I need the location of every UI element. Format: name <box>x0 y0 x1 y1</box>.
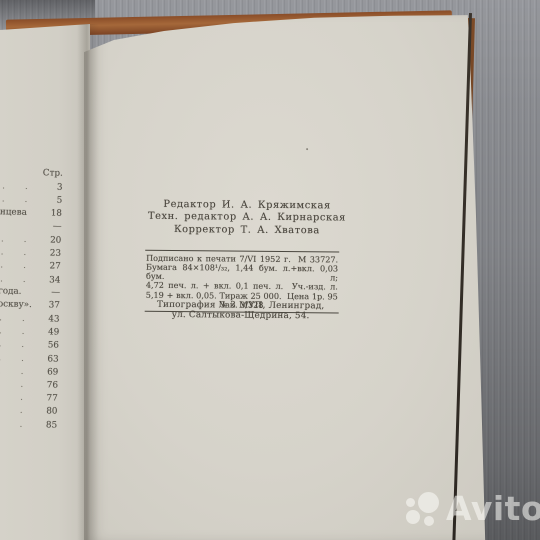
dot-leader: . . <box>0 338 33 352</box>
page-number: 56 <box>39 340 61 354</box>
dot-leader: . . <box>0 351 33 365</box>
toc-row: . . 76 <box>0 377 60 392</box>
page-number: 18 <box>42 207 64 221</box>
page-number: 85 <box>37 419 59 433</box>
page-number: 23 <box>41 247 63 261</box>
page-number: 49 <box>39 326 61 340</box>
avito-wordmark: Avito <box>446 491 540 527</box>
colophon-content: Редактор И. А. Кряжимская Техн. редактор… <box>82 10 491 540</box>
editors-block: Редактор И. А. Кряжимская Техн. редактор… <box>94 198 399 238</box>
dot-leader: . . <box>0 325 33 339</box>
paper-speck <box>306 148 308 150</box>
toc-row: . . 80 <box>0 404 60 419</box>
page-number: 27 <box>41 261 63 275</box>
toc-row: нцева 18 <box>0 206 64 221</box>
toc-entry-fragment: оскву». <box>0 298 32 312</box>
toc-row: . . 85 <box>0 417 59 432</box>
toc-entry-fragment: нцева <box>0 206 27 220</box>
toc-row: . . 63 <box>0 351 61 366</box>
toc-row: . . 43 <box>0 311 62 326</box>
toc-row: . . 49 <box>0 325 61 340</box>
printing-house-block: Типография № 3 МУП, Ленинград, ул. Салты… <box>96 300 386 322</box>
toc-row: года. — <box>0 285 62 300</box>
page-number: 20 <box>41 234 63 248</box>
dot-leader: . . <box>1 232 35 246</box>
dot-leader: . . <box>0 377 32 391</box>
toc-row: . . 77 <box>0 390 60 405</box>
book-gutter-shadow <box>77 24 99 540</box>
toc-entry-fragment: года. <box>0 285 22 299</box>
dot-leader: . . <box>0 311 34 325</box>
page-number: 37 <box>40 299 62 313</box>
page-number: 76 <box>38 379 60 393</box>
page-number: 3 <box>42 181 64 195</box>
printing-house-address: ул. Салтыкова-Щедрина, 54. <box>96 310 386 322</box>
dot-leader: . . <box>1 245 35 259</box>
dot-leader: . . <box>0 259 34 273</box>
dot-leader: . . <box>0 390 32 404</box>
page-number: 77 <box>38 392 60 406</box>
page-number: 69 <box>38 366 60 380</box>
dot-leader: . . <box>2 180 36 194</box>
proofreader-line: Корректор Т. А. Хватова <box>94 223 399 238</box>
photo-of-open-book: Стр. . . 3 . . 5 нцева 18 — . . 20 <box>0 0 540 540</box>
dot-leader: . . <box>0 272 34 286</box>
toc-row: . . 56 <box>0 338 61 353</box>
page-number: 43 <box>39 313 61 327</box>
toc-row: оскву». 37 <box>0 298 62 313</box>
dot-leader: . . <box>0 404 32 418</box>
right-page: Редактор И. А. Кряжимская Техн. редактор… <box>84 12 488 540</box>
page-number: 80 <box>37 406 59 420</box>
page-number: Стр. <box>43 167 65 181</box>
toc-page-numbers-column: Стр. . . 3 . . 5 нцева 18 — . . 20 <box>0 166 65 431</box>
avito-logo-icon <box>404 491 441 527</box>
page-number: — <box>41 220 63 234</box>
dot-leader: . . <box>0 364 33 378</box>
dot-leader: . . <box>0 417 31 431</box>
dot-leader: . . <box>2 193 36 207</box>
avito-watermark: Avito <box>404 491 540 527</box>
page-number: 63 <box>38 353 60 367</box>
page-number: — <box>40 286 62 300</box>
toc-row: . . 69 <box>0 364 60 379</box>
